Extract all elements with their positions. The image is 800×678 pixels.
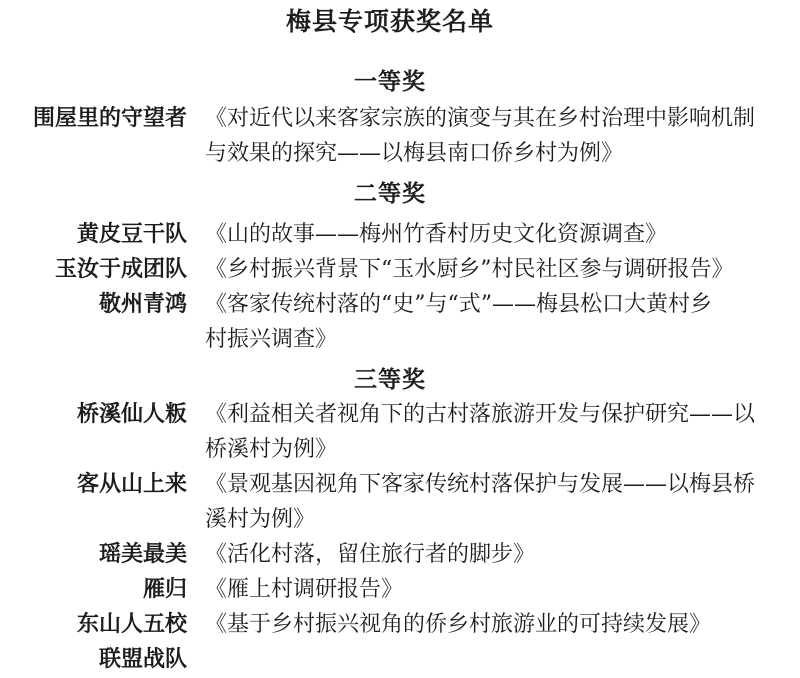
- team-name: 东山人五校 联盟战队: [0, 607, 187, 677]
- award-row: 瑶美最美 《活化村落，留住旅行者的脚步》: [0, 537, 780, 572]
- award-row: 敬州青鸿 《客家传统村落的“史”与“式”——梅县松口大黄村乡 村振兴调查》: [0, 287, 780, 357]
- work-title: 《山的故事——梅州竹香村历史文化资源调查》: [205, 217, 771, 252]
- work-title: 《活化村落，留住旅行者的脚步》: [205, 537, 771, 572]
- section-third-prize: 桥溪仙人粄 《利益相关者视角下的古村落旅游开发与保护研究——以 桥溪村为例》 客…: [0, 397, 780, 677]
- team-name: 雁归: [0, 572, 187, 607]
- section-header-second-prize: 二等奖: [0, 176, 780, 211]
- work-title: 《景观基因视角下客家传统村落保护与发展——以梅县桥 溪村为例》: [205, 467, 771, 537]
- team-name: 黄皮豆干队: [0, 217, 187, 252]
- section-header-first-prize: 一等奖: [0, 64, 780, 99]
- team-name: 客从山上来: [0, 467, 187, 502]
- award-row: 黄皮豆干队 《山的故事——梅州竹香村历史文化资源调查》: [0, 217, 780, 252]
- work-title: 《乡村振兴背景下“玉水厨乡”村民社区参与调研报告》: [205, 252, 771, 287]
- page-title: 梅县专项获奖名单: [0, 4, 780, 40]
- award-row: 围屋里的守望者 《对近代以来客家宗族的演变与其在乡村治理中影响机制 与效果的探究…: [0, 101, 780, 171]
- team-name: 玉汝于成团队: [0, 252, 187, 287]
- award-document: 梅县专项获奖名单 一等奖 围屋里的守望者 《对近代以来客家宗族的演变与其在乡村治…: [0, 4, 780, 677]
- team-name: 瑶美最美: [0, 537, 187, 572]
- work-title: 《对近代以来客家宗族的演变与其在乡村治理中影响机制 与效果的探究——以梅县南口侨…: [205, 101, 771, 171]
- work-title: 《基于乡村振兴视角的侨乡村旅游业的可持续发展》: [205, 607, 771, 642]
- work-title: 《雁上村调研报告》: [205, 572, 771, 607]
- team-name: 敬州青鸿: [0, 287, 187, 322]
- award-row: 客从山上来 《景观基因视角下客家传统村落保护与发展——以梅县桥 溪村为例》: [0, 467, 780, 537]
- work-title: 《利益相关者视角下的古村落旅游开发与保护研究——以 桥溪村为例》: [205, 397, 771, 467]
- award-row: 东山人五校 联盟战队 《基于乡村振兴视角的侨乡村旅游业的可持续发展》: [0, 607, 780, 677]
- team-name: 围屋里的守望者: [0, 101, 187, 136]
- section-second-prize: 黄皮豆干队 《山的故事——梅州竹香村历史文化资源调查》 玉汝于成团队 《乡村振兴…: [0, 217, 780, 357]
- award-row: 玉汝于成团队 《乡村振兴背景下“玉水厨乡”村民社区参与调研报告》: [0, 252, 780, 287]
- team-name: 桥溪仙人粄: [0, 397, 187, 432]
- section-header-third-prize: 三等奖: [0, 362, 780, 397]
- section-first-prize: 围屋里的守望者 《对近代以来客家宗族的演变与其在乡村治理中影响机制 与效果的探究…: [0, 101, 780, 171]
- work-title: 《客家传统村落的“史”与“式”——梅县松口大黄村乡 村振兴调查》: [205, 287, 771, 357]
- award-row: 雁归 《雁上村调研报告》: [0, 572, 780, 607]
- award-row: 桥溪仙人粄 《利益相关者视角下的古村落旅游开发与保护研究——以 桥溪村为例》: [0, 397, 780, 467]
